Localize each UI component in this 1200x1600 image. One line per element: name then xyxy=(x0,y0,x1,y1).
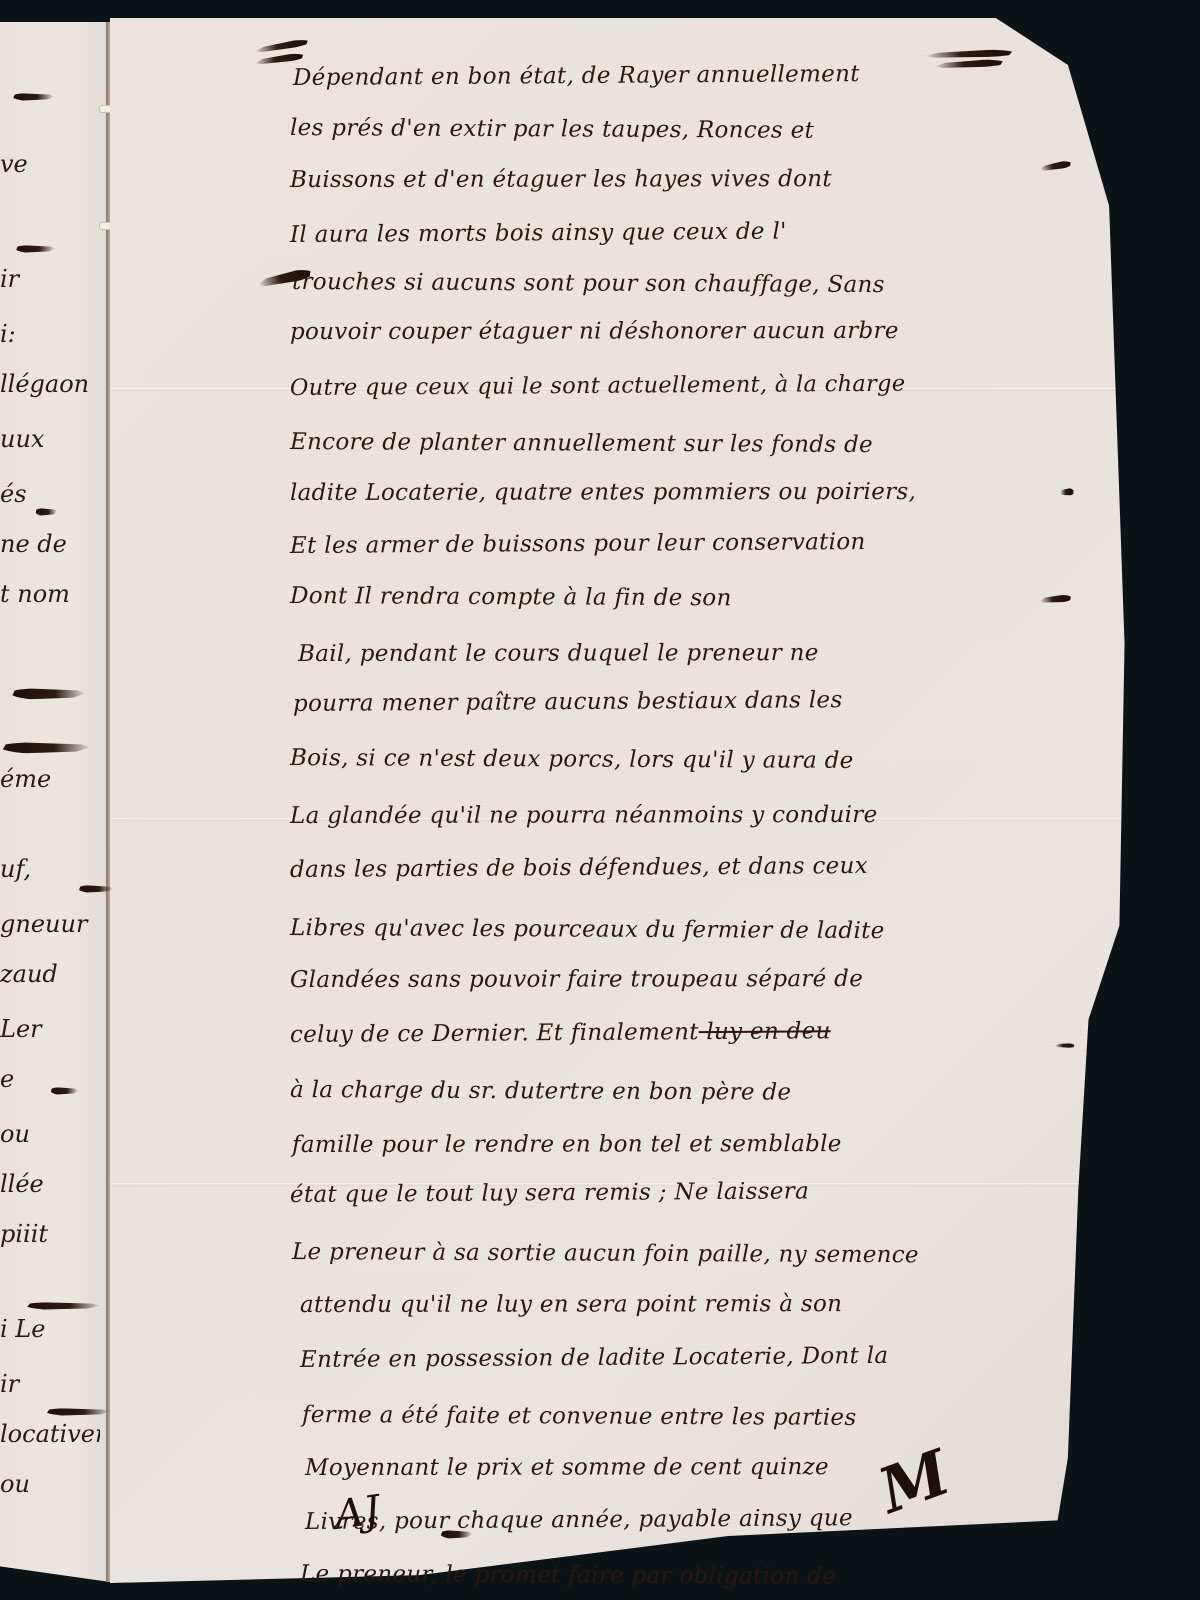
left-page-fragment: t nom xyxy=(0,580,100,608)
manuscript-line: à la charge du sr. dutertre en bon père … xyxy=(290,1075,1070,1109)
manuscript-line: Bail, pendant le cours duquel le preneur… xyxy=(298,638,1078,669)
binding-gutter xyxy=(106,22,110,1582)
manuscript-line: état que le tout luy sera remis ; Ne lai… xyxy=(290,1175,1070,1210)
manuscript-line: Glandées sans pouvoir faire troupeau sép… xyxy=(290,964,1070,995)
left-page-fragment: uux xyxy=(0,425,100,453)
left-page-fragment: locativer, xyxy=(0,1420,100,1448)
left-page-fragment: ve xyxy=(0,150,100,178)
manuscript-line: Et les armer de buissons pour leur conse… xyxy=(290,526,1070,561)
struck-through-text: luy en deu xyxy=(699,1018,831,1045)
left-page-fragment: ou xyxy=(0,1120,100,1148)
left-page-fragment: llée xyxy=(0,1170,100,1198)
manuscript-line: pourra mener paître aucuns bestiaux dans… xyxy=(293,684,1073,719)
left-page-fragment: i Le xyxy=(0,1315,100,1343)
manuscript-line: Encore de planter annuellement sur les f… xyxy=(290,427,1070,461)
left-page-fragment: piiit xyxy=(0,1220,100,1248)
left-page-fragment: ir xyxy=(0,265,100,293)
manuscript-line: ferme a été faite et convenue entre les … xyxy=(302,1400,1082,1434)
manuscript-line: Il aura les morts bois ainsy que ceux de… xyxy=(290,215,1070,250)
photo-backdrop: Dépendant en bon état, de Rayer annuelle… xyxy=(0,0,1200,1600)
manuscript-line: Outre que ceux qui le sont actuellement,… xyxy=(290,368,1070,403)
manuscript-line: famille pour le rendre en bon tel et sem… xyxy=(292,1129,1072,1160)
left-page xyxy=(0,22,110,1582)
manuscript-line: Le preneur à sa sortie aucun foin paille… xyxy=(292,1237,1072,1271)
left-page-fragment: ou xyxy=(0,1470,100,1498)
manuscript-line: Bois, si ce n'est deux porcs, lors qu'il… xyxy=(290,743,1070,777)
left-page-fragment: éme xyxy=(0,765,100,793)
manuscript-line: dans les parties de bois défendues, et d… xyxy=(290,850,1070,885)
left-page-fragment: llégaon xyxy=(0,370,100,398)
manuscript-line: Dont Il rendra compte à la fin de son xyxy=(290,581,1070,615)
manuscript-line: Livres, pour chaque année, payable ainsy… xyxy=(305,1502,1085,1537)
manuscript-line: celuy de ce Dernier. Et finalement luy e… xyxy=(290,1015,1070,1050)
left-page-fragment: gneuur xyxy=(0,910,100,938)
manuscript-line: trouches si aucuns sont pour son chauffa… xyxy=(292,267,1072,301)
left-page-fragment: Ler xyxy=(0,1015,100,1043)
left-page-fragment: ne de xyxy=(0,530,100,558)
left-page-fragment: e xyxy=(0,1065,100,1093)
left-page-fragment: i: xyxy=(0,320,100,348)
manuscript-line: La glandée qu'il ne pourra néanmoins y c… xyxy=(290,800,1070,831)
left-page-fragment: ir xyxy=(0,1370,100,1398)
manuscript-line: Libres qu'avec les pourceaux du fermier … xyxy=(290,913,1070,947)
manuscript-line: attendu qu'il ne luy en sera point remis… xyxy=(300,1289,1080,1320)
manuscript-line: Buissons et d'en étaguer les hayes vives… xyxy=(290,164,1070,195)
left-page-fragment: uf, xyxy=(0,855,100,883)
manuscript-line: Moyennant le prix et somme de cent quinz… xyxy=(305,1452,1085,1483)
manuscript-line: pouvoir couper étaguer ni déshonorer auc… xyxy=(290,316,1070,347)
manuscript-line: ladite Locaterie, quatre entes pommiers … xyxy=(290,477,1070,508)
left-page-fragment: és xyxy=(0,480,100,508)
paraph-signature-left: AJ xyxy=(332,1487,383,1539)
left-page-fragment: zaud xyxy=(0,960,100,988)
manuscript-line: les prés d'en extir par les taupes, Ronc… xyxy=(290,113,1070,147)
manuscript-line: Entrée en possession de ladite Locaterie… xyxy=(300,1340,1080,1375)
manuscript-line: Le preneur, le promet faire par obligati… xyxy=(300,1559,1080,1593)
